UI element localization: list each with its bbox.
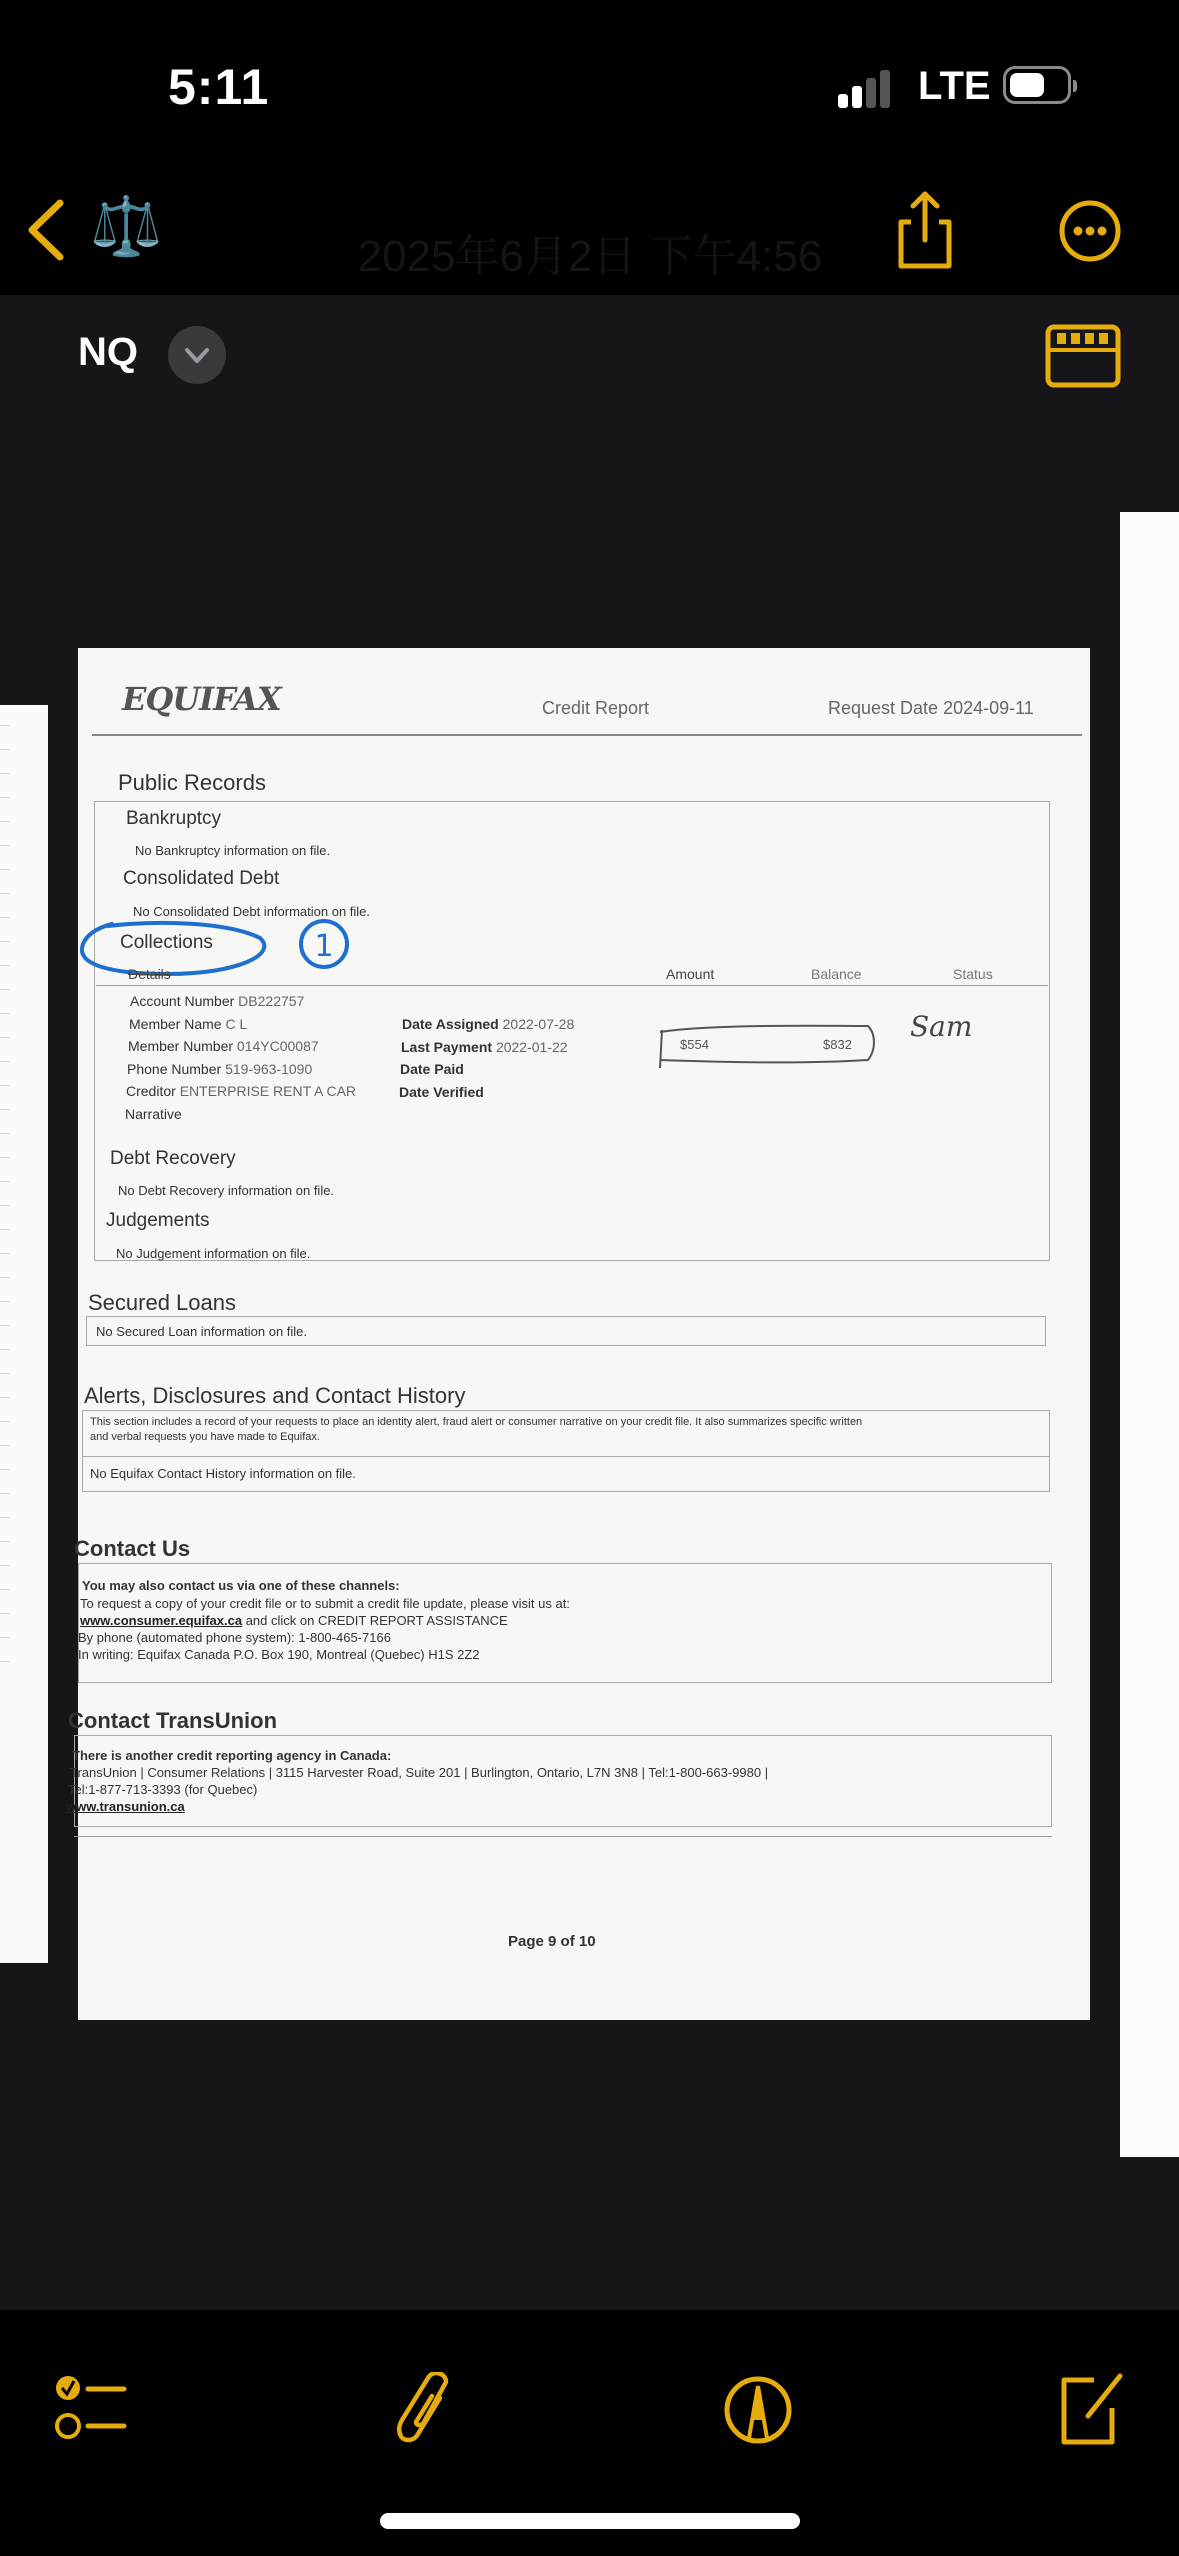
- ruled-line: [0, 941, 10, 942]
- ruled-line: [0, 1613, 10, 1614]
- amount-column-header: Amount: [666, 966, 714, 982]
- ruled-line: [0, 1157, 10, 1158]
- bankruptcy-title: Bankruptcy: [126, 808, 221, 830]
- ruled-line: [0, 725, 10, 726]
- scanned-document-page[interactable]: EQUIFAX Credit Report Request Date 2024-…: [78, 648, 1090, 2020]
- collection-field-last-payment: Last Payment 2022-01-22: [401, 1039, 568, 1055]
- ruled-line: [0, 1493, 10, 1494]
- compose-button[interactable]: [1054, 2372, 1130, 2448]
- ruled-line: [0, 1541, 10, 1542]
- contact-us-intro: You may also contact us via one of these…: [82, 1578, 400, 1593]
- contact-us-phone: By phone (automated phone system): 1-800…: [78, 1630, 391, 1645]
- ellipsis-circle-icon: [1058, 196, 1122, 266]
- collections-divider: [96, 985, 1048, 986]
- navigation-bar: ⚖️ 2025年6月2日 下午4:56: [0, 170, 1179, 295]
- more-options-button[interactable]: [1058, 196, 1122, 266]
- page-gallery-button[interactable]: [1045, 324, 1121, 388]
- ruled-line: [0, 1661, 10, 1662]
- ruled-line: [0, 1397, 10, 1398]
- header-divider: [92, 734, 1082, 736]
- contact-transunion-title: Contact TransUnion: [68, 1708, 277, 1734]
- svg-text:1: 1: [314, 929, 333, 964]
- field-label: Date Verified: [399, 1084, 484, 1100]
- collection-field-account-number: Account Number DB222757: [130, 993, 304, 1009]
- markup-button[interactable]: [720, 2372, 796, 2448]
- back-button[interactable]: [22, 195, 72, 265]
- share-icon: [895, 188, 955, 272]
- equifax-logo: EQUIFAX: [122, 680, 281, 718]
- alerts-description-line2: and verbal requests you have made to Equ…: [90, 1431, 320, 1443]
- ruled-line: [0, 1061, 10, 1062]
- previous-page-thumbnail[interactable]: [0, 705, 48, 1963]
- ruled-line: [0, 917, 10, 918]
- status-time: 5:11: [168, 58, 269, 116]
- ruled-line: [0, 1421, 10, 1422]
- field-value: 519-963-1090: [225, 1061, 312, 1077]
- ruled-line: [0, 1469, 10, 1470]
- collection-field-date-paid: Date Paid: [400, 1061, 464, 1077]
- status-column-header: Status: [953, 966, 993, 982]
- collection-field-member-name: Member Name C L: [129, 1016, 247, 1032]
- field-label: Member Number: [128, 1038, 233, 1054]
- balance-column-header: Balance: [811, 966, 862, 982]
- alerts-description-line1: This section includes a record of your r…: [90, 1416, 862, 1428]
- ruled-line: [0, 893, 10, 894]
- ruled-line: [0, 1517, 10, 1518]
- contact-us-line2: www.consumer.equifax.ca and click on CRE…: [80, 1613, 508, 1628]
- judgements-title: Judgements: [106, 1210, 210, 1232]
- field-label: Date Assigned: [402, 1016, 499, 1032]
- collection-field-creditor: Creditor ENTERPRISE RENT A CAR: [126, 1083, 356, 1099]
- gallery-grid-icon: [1045, 324, 1121, 388]
- chevron-left-icon: [22, 195, 72, 265]
- field-value: DB222757: [238, 993, 304, 1009]
- ruled-line: [0, 1445, 10, 1446]
- field-value: 2022-07-28: [503, 1016, 575, 1032]
- cellular-signal-icon: [838, 68, 898, 108]
- alerts-divider: [82, 1456, 1050, 1457]
- field-label: Creditor: [126, 1083, 176, 1099]
- collection-balance: $832: [823, 1037, 852, 1052]
- field-value: ENTERPRISE RENT A CAR: [180, 1083, 356, 1099]
- paperclip-icon: [392, 2372, 468, 2448]
- ruled-line: [0, 1109, 10, 1110]
- ruled-line: [0, 1133, 10, 1134]
- request-date: Request Date 2024-09-11: [828, 698, 1034, 719]
- contact-us-line2-suffix: and click on CREDIT REPORT ASSISTANCE: [242, 1613, 508, 1628]
- debt-recovery-title: Debt Recovery: [110, 1148, 236, 1170]
- checklist-button[interactable]: [52, 2372, 128, 2448]
- collection-field-date-verified: Date Verified: [399, 1084, 484, 1100]
- ruled-line: [0, 1325, 10, 1326]
- note-title: 2025年6月2日 下午4:56: [330, 220, 850, 284]
- handwritten-status: Sam: [910, 1010, 972, 1043]
- ruled-line: [0, 1349, 10, 1350]
- transunion-divider: [74, 1836, 1052, 1837]
- ruled-line: [0, 1301, 10, 1302]
- field-label: Narrative: [125, 1106, 182, 1122]
- home-indicator[interactable]: [380, 2513, 800, 2529]
- ruled-line: [0, 1037, 10, 1038]
- collection-field-date-assigned: Date Assigned 2022-07-28: [402, 1016, 574, 1032]
- next-page-thumbnail[interactable]: [1120, 512, 1179, 2157]
- equifax-website-link[interactable]: www.consumer.equifax.ca: [80, 1613, 242, 1628]
- secured-loans-title: Secured Loans: [88, 1290, 236, 1316]
- ruled-line: [0, 1181, 10, 1182]
- document-name-label[interactable]: NQ: [78, 330, 138, 375]
- ruled-line: [0, 1637, 10, 1638]
- ruled-line: [0, 773, 10, 774]
- secured-loans-text: No Secured Loan information on file.: [96, 1324, 307, 1339]
- transunion-intro: There is another credit reporting agency…: [72, 1748, 391, 1763]
- transunion-line1: TransUnion | Consumer Relations | 3115 H…: [70, 1765, 768, 1780]
- ruled-line: [0, 749, 10, 750]
- consolidated-debt-title: Consolidated Debt: [123, 868, 279, 890]
- transunion-line2: Tel:1-877-713-3393 (for Quebec): [68, 1782, 257, 1797]
- battery-icon: [1003, 66, 1071, 104]
- collection-amount: $554: [680, 1037, 709, 1052]
- chevron-down-icon: [168, 326, 226, 384]
- ruled-line: [0, 1205, 10, 1206]
- contact-us-title: Contact Us: [74, 1536, 190, 1562]
- contact-us-line1: To request a copy of your credit file or…: [80, 1596, 570, 1611]
- field-value: C L: [225, 1016, 247, 1032]
- share-button[interactable]: [895, 188, 955, 272]
- ruled-line: [0, 869, 10, 870]
- hand-drawn-circle-annotation: [78, 918, 278, 978]
- checklist-icon: [52, 2372, 128, 2448]
- debt-recovery-text: No Debt Recovery information on file.: [118, 1183, 334, 1198]
- ruled-line: [0, 989, 10, 990]
- field-label: Phone Number: [127, 1061, 221, 1077]
- ruled-line: [0, 1277, 10, 1278]
- ruled-line: [0, 821, 10, 822]
- ruled-line: [0, 1253, 10, 1254]
- field-label: Account Number: [130, 993, 234, 1009]
- field-label: Date Paid: [400, 1061, 464, 1077]
- scales-emoji-icon: ⚖️: [90, 192, 162, 262]
- collection-field-member-number: Member Number 014YC00087: [128, 1038, 319, 1054]
- page-number: Page 9 of 10: [508, 1933, 596, 1950]
- details-column-header: Details: [128, 966, 171, 982]
- field-value: 014YC00087: [237, 1038, 319, 1054]
- ruled-line: [0, 797, 10, 798]
- ruled-line: [0, 1589, 10, 1590]
- bankruptcy-text: No Bankruptcy information on file.: [135, 843, 330, 858]
- transunion-website-link[interactable]: www.transunion.ca: [66, 1799, 185, 1814]
- status-bar: 5:11 LTE: [0, 0, 1179, 170]
- attachment-button[interactable]: [392, 2372, 468, 2448]
- network-type: LTE: [918, 64, 991, 109]
- pen-circle-icon: [720, 2372, 796, 2448]
- alerts-text: No Equifax Contact History information o…: [90, 1466, 356, 1481]
- field-label: Last Payment: [401, 1039, 492, 1055]
- collection-field-narrative: Narrative: [125, 1106, 182, 1122]
- ruled-line: [0, 1013, 10, 1014]
- hand-drawn-number-annotation: 1: [296, 916, 352, 972]
- ruled-line: [0, 1085, 10, 1086]
- ruled-line: [0, 965, 10, 966]
- public-records-title: Public Records: [118, 770, 266, 796]
- collection-field-phone-number: Phone Number 519-963-1090: [127, 1061, 312, 1077]
- contact-us-mail: In writing: Equifax Canada P.O. Box 190,…: [78, 1647, 480, 1662]
- compose-icon: [1054, 2372, 1130, 2448]
- ruled-line: [0, 1229, 10, 1230]
- document-menu-button[interactable]: [168, 326, 226, 384]
- field-value: 2022-01-22: [496, 1039, 568, 1055]
- report-title: Credit Report: [542, 698, 649, 719]
- ruled-line: [0, 1373, 10, 1374]
- ruled-line: [0, 845, 10, 846]
- field-label: Member Name: [129, 1016, 222, 1032]
- alerts-title: Alerts, Disclosures and Contact History: [84, 1383, 465, 1409]
- ruled-line: [0, 1565, 10, 1566]
- judgements-text: No Judgement information on file.: [116, 1246, 310, 1261]
